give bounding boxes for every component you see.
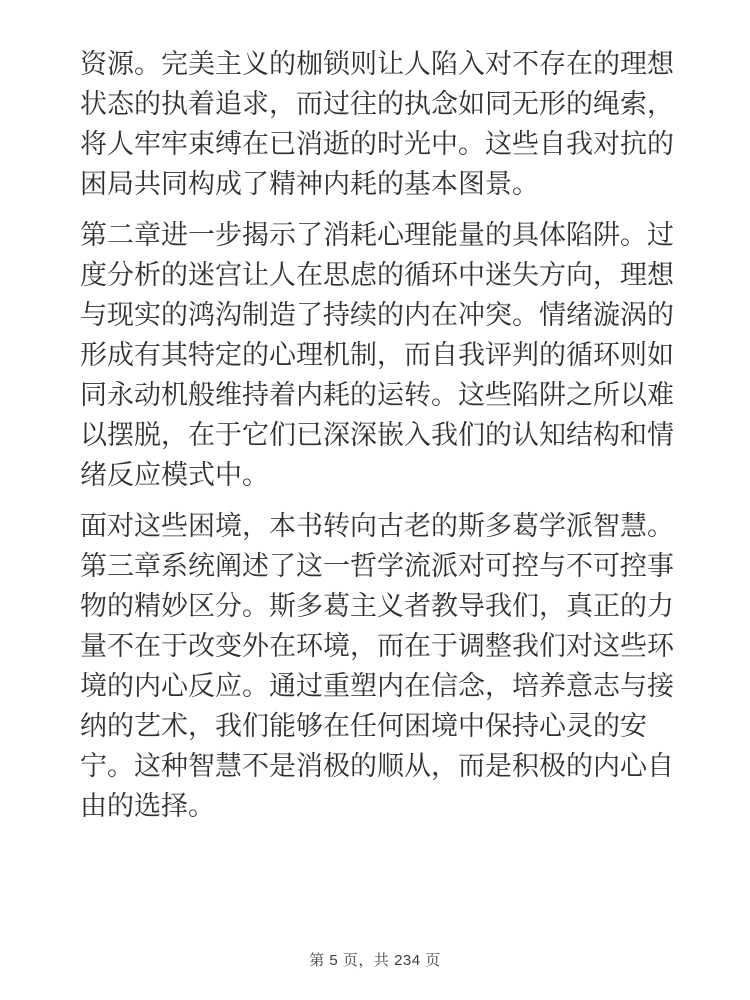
document-page: 资源。完美主义的枷锁则让人陷入对不存在的理想状态的执着追求，而过往的执念如同无形… <box>0 0 750 1000</box>
paragraph: 第二章进一步揭示了消耗心理能量的具体陷阱。过度分析的迷宫让人在思虑的循环中迷失方… <box>80 215 676 495</box>
page-number-indicator: 第 5 页，共 234 页 <box>309 952 441 969</box>
page-footer: 第 5 页，共 234 页 <box>0 949 750 970</box>
page-content: 资源。完美主义的枷锁则让人陷入对不存在的理想状态的执着追求，而过往的执念如同无形… <box>80 44 676 837</box>
paragraph: 面对这些困境，本书转向古老的斯多葛学派智慧。第三章系统阐述了这一哲学流派对可控与… <box>80 506 676 826</box>
paragraph: 资源。完美主义的枷锁则让人陷入对不存在的理想状态的执着追求，而过往的执念如同无形… <box>80 44 676 204</box>
